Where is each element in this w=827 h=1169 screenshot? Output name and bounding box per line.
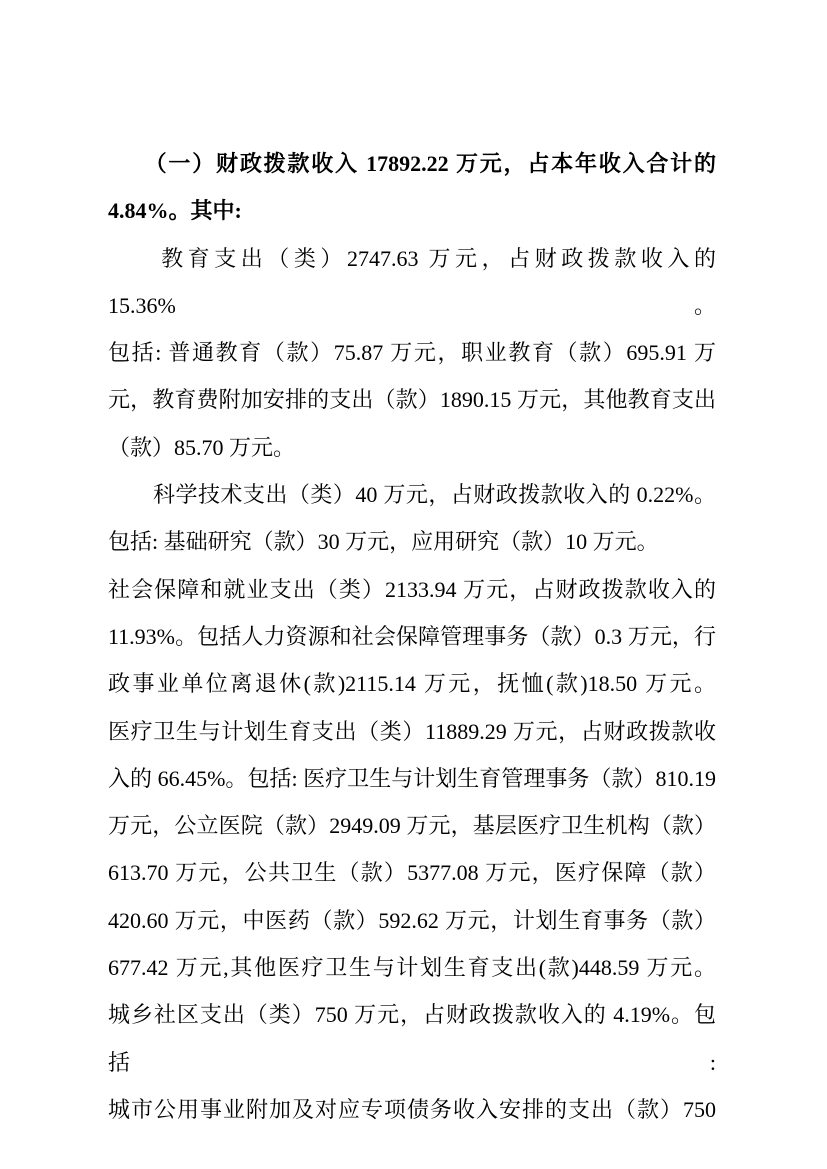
science-technology-expenditure-paragraph: 科学技术支出（类）40 万元，占财政拨款收入的 0.22%。包括: 基础研究（款… [108,471,716,566]
text-line: 社会保障和就业支出（类）2133.94 万元，占财政拨款收入的 [108,566,716,613]
text-line: （一）财政拨款收入 17892.22 万元，占本年收入合计的 [108,140,716,187]
text-line: 入的 66.45%。包括: 医疗卫生与计划生育管理事务（款）810.19 [108,755,716,802]
text-line: 政事业单位离退休(款)2115.14 万元，抚恤(款)18.50 万元。 [108,660,716,707]
text-line: 包括: 基础研究（款）30 万元，应用研究（款）10 万元。 [108,518,716,565]
text-line: 城乡社区支出（类）750 万元，占财政拨款收入的 4.19%。包括: [108,991,716,1086]
medical-health-family-planning-expenditure-paragraph: 医疗卫生与计划生育支出（类）11889.29 万元，占财政拨款收入的 66.45… [108,708,716,992]
text-line: 677.42 万元,其他医疗卫生与计划生育支出(款)448.59 万元。 [108,944,716,991]
text-line: （款）85.70 万元。 [108,424,716,471]
text-line: 4.84%。其中: [108,187,716,234]
document-body: （一）财政拨款收入 17892.22 万元，占本年收入合计的4.84%。其中: … [108,140,716,1133]
text-line: 医疗卫生与计划生育支出（类）11889.29 万元，占财政拨款收 [108,708,716,755]
text-line: 11.93%。包括人力资源和社会保障管理事务（款）0.3 万元，行 [108,613,716,660]
text-line: 包括: 普通教育（款）75.87 万元，职业教育（款）695.91 万 [108,329,716,376]
education-expenditure-paragraph: 教育支出（类）2747.63 万元，占财政拨款收入的 15.36%。包括: 普通… [108,235,716,471]
urban-rural-community-expenditure-paragraph: 城乡社区支出（类）750 万元，占财政拨款收入的 4.19%。包括:城市公用事业… [108,991,716,1133]
text-line: 科学技术支出（类）40 万元，占财政拨款收入的 0.22%。 [108,471,716,518]
social-security-employment-expenditure-paragraph: 社会保障和就业支出（类）2133.94 万元，占财政拨款收入的11.93%。包括… [108,566,716,708]
text-line: 420.60 万元，中医药（款）592.62 万元，计划生育事务（款） [108,897,716,944]
document-page: （一）财政拨款收入 17892.22 万元，占本年收入合计的4.84%。其中: … [0,0,827,1169]
text-line: 教育支出（类）2747.63 万元，占财政拨款收入的 15.36%。 [108,235,716,330]
text-line: 城市公用事业附加及对应专项债务收入安排的支出（款）750 [108,1086,716,1133]
text-line: 元，教育费附加安排的支出（款）1890.15 万元，其他教育支出 [108,376,716,423]
text-line: 万元，公立医院（款）2949.09 万元，基层医疗卫生机构（款） [108,802,716,849]
heading-fiscal-appropriation-income: （一）财政拨款收入 17892.22 万元，占本年收入合计的4.84%。其中: [108,140,716,235]
text-line: 613.70 万元，公共卫生（款）5377.08 万元，医疗保障（款） [108,849,716,896]
